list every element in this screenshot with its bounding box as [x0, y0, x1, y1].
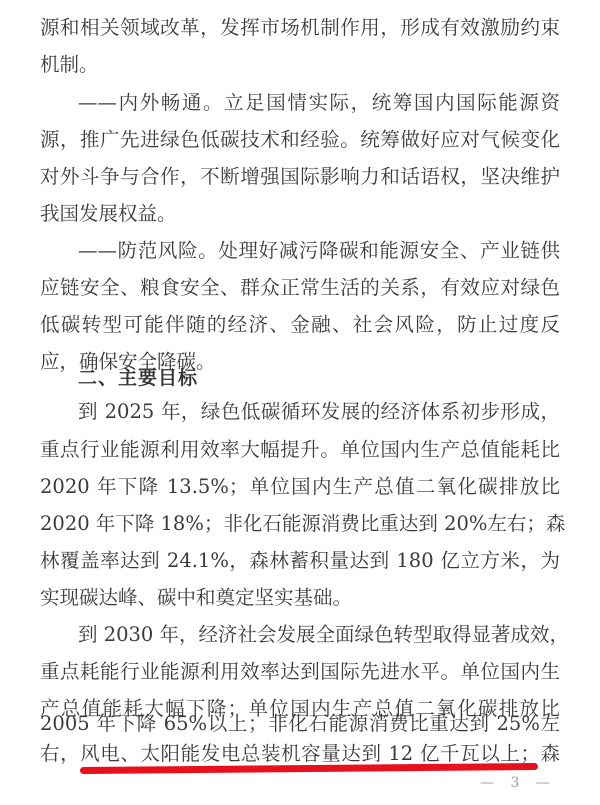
- paragraph-line: 2020 年下降 13.5%；单位国内生产总值二氧化碳排放比: [40, 473, 560, 501]
- paragraph-line: 2020 年下降 18%；非化石能源消费比重达到 20%左右；森: [40, 510, 560, 538]
- paragraph-line: 低碳转型可能伴随的经济、金融、社会风险，防止过度反: [40, 311, 560, 339]
- paragraph-line: 重点耗能行业能源利用效率达到国际先进水平。单位国内生: [40, 658, 560, 686]
- paragraph-line: 到 2025 年，绿色低碳循环发展的经济体系初步形成，: [78, 398, 560, 426]
- paragraph-line: 到 2030 年，经济社会发展全面绿色转型取得显著成效，: [78, 621, 560, 649]
- paragraph-line: 重点行业能源利用效率大幅提升。单位国内生产总值能耗比: [40, 436, 560, 464]
- paragraph-line: 源，推广先进绿色低碳技术和经验。统筹做好应对气候变化: [40, 126, 560, 154]
- paragraph-line: 2005 年下降 65%以上；非化石能源消费比重达到 25%左: [40, 710, 560, 738]
- section-heading: 二、主要目标: [78, 364, 198, 392]
- page-number: — 3 —: [480, 775, 556, 791]
- paragraph-line: 源和相关领域改革，发挥市场机制作用，形成有效激励约束: [40, 14, 560, 42]
- paragraph-line: ——防范风险。处理好减污降碳和能源安全、产业链供: [78, 237, 560, 265]
- paragraph-line: 实现碳达峰、碳中和奠定坚实基础。: [40, 584, 560, 612]
- paragraph-line: ——内外畅通。立足国情实际，统筹国内国际能源资: [78, 89, 560, 117]
- paragraph-line: 我国发展权益。: [40, 200, 560, 228]
- document-page: 源和相关领域改革，发挥市场机制作用，形成有效激励约束 机制。 ——内外畅通。立足…: [0, 0, 600, 805]
- paragraph-line: 对外斗争与合作，不断增强国际影响力和话语权，坚决维护: [40, 163, 560, 191]
- paragraph-line: 林覆盖率达到 24.1%，森林蓄积量达到 180 亿立方米，为: [40, 547, 560, 575]
- paragraph-line: 机制。: [40, 51, 560, 79]
- paragraph-line: 应链安全、粮食安全、群众正常生活的关系，有效应对绿色: [40, 274, 560, 302]
